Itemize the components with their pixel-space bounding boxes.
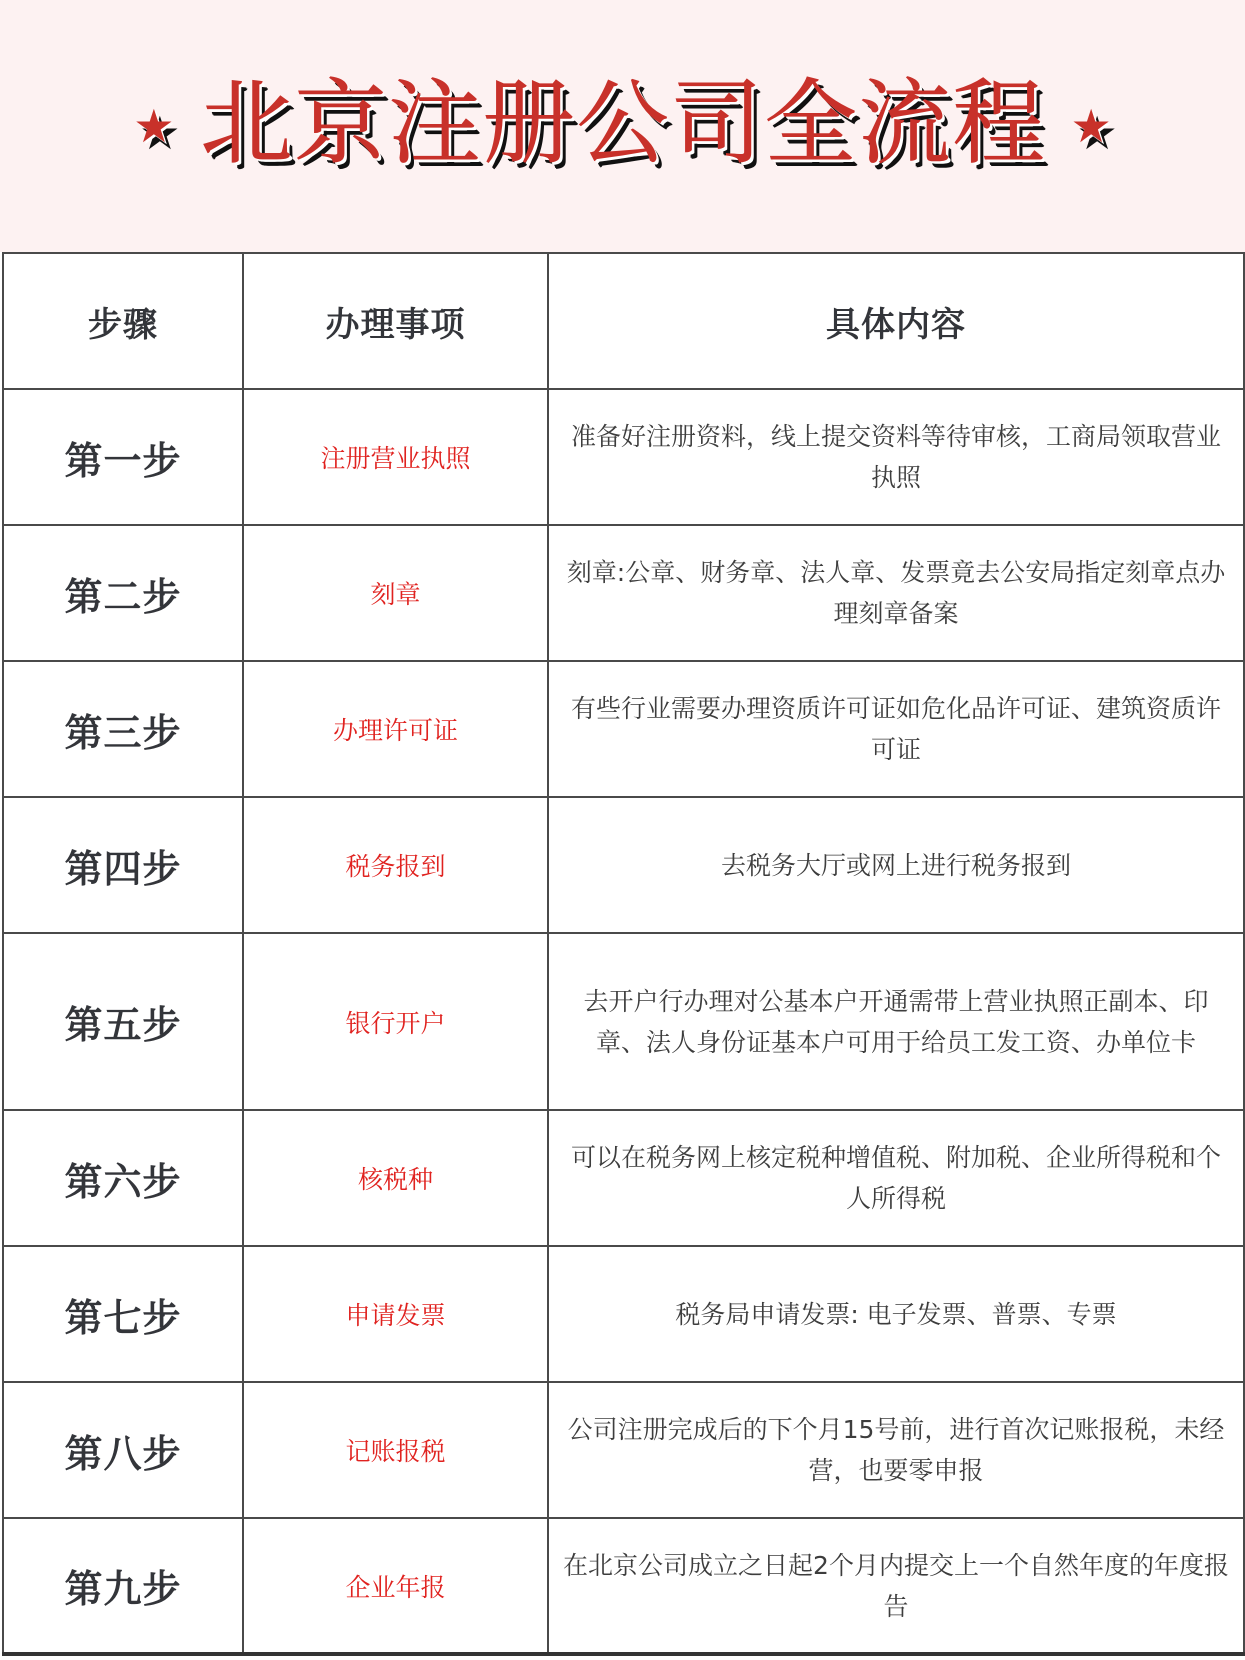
step-desc: 在北京公司成立之日起2个月内提交上一个自然年度的年度报告 bbox=[548, 1518, 1244, 1654]
process-table: 步骤 办理事项 具体内容 第一步 注册营业执照 准备好注册资料，线上提交资料等待… bbox=[2, 252, 1245, 1656]
step-label: 第二步 bbox=[3, 525, 243, 661]
table-row: 第三步 办理许可证 有些行业需要办理资质许可证如危化品许可证、建筑资质许可证 bbox=[3, 661, 1244, 797]
step-item: 核税种 bbox=[243, 1110, 548, 1246]
header-step: 步骤 bbox=[3, 253, 243, 389]
step-item: 申请发票 bbox=[243, 1246, 548, 1382]
star-icon: ★ bbox=[1071, 103, 1112, 149]
step-label: 第八步 bbox=[3, 1382, 243, 1518]
step-item: 企业年报 bbox=[243, 1518, 548, 1654]
step-desc: 公司注册完成后的下个月15号前，进行首次记账报税，未经营，也要零申报 bbox=[548, 1382, 1244, 1518]
table-header-row: 步骤 办理事项 具体内容 bbox=[3, 253, 1244, 389]
table-row: 第五步 银行开户 去开户行办理对公基本户开通需带上营业执照正副本、印章、法人身份… bbox=[3, 933, 1244, 1110]
table-row: 第六步 核税种 可以在税务网上核定税种增值税、附加税、企业所得税和个人所得税 bbox=[3, 1110, 1244, 1246]
table-row: 第七步 申请发票 税务局申请发票: 电子发票、普票、专票 bbox=[3, 1246, 1244, 1382]
step-item: 刻章 bbox=[243, 525, 548, 661]
step-desc: 准备好注册资料，线上提交资料等待审核，工商局领取营业执照 bbox=[548, 389, 1244, 525]
step-label: 第七步 bbox=[3, 1246, 243, 1382]
step-desc: 去税务大厅或网上进行税务报到 bbox=[548, 797, 1244, 933]
step-item: 银行开户 bbox=[243, 933, 548, 1110]
step-label: 第六步 bbox=[3, 1110, 243, 1246]
step-desc: 有些行业需要办理资质许可证如危化品许可证、建筑资质许可证 bbox=[548, 661, 1244, 797]
step-label: 第五步 bbox=[3, 933, 243, 1110]
header-desc: 具体内容 bbox=[548, 253, 1244, 389]
star-icon: ★ bbox=[133, 103, 174, 149]
step-desc: 税务局申请发票: 电子发票、普票、专票 bbox=[548, 1246, 1244, 1382]
page-title: 北京注册公司全流程 bbox=[200, 78, 1046, 170]
step-label: 第一步 bbox=[3, 389, 243, 525]
step-label: 第四步 bbox=[3, 797, 243, 933]
step-item: 记账报税 bbox=[243, 1382, 548, 1518]
step-item: 办理许可证 bbox=[243, 661, 548, 797]
table-row: 第二步 刻章 刻章:公章、财务章、法人章、发票竟去公安局指定刻章点办理刻章备案 bbox=[3, 525, 1244, 661]
table-row: 第一步 注册营业执照 准备好注册资料，线上提交资料等待审核，工商局领取营业执照 bbox=[3, 389, 1244, 525]
step-desc: 刻章:公章、财务章、法人章、发票竟去公安局指定刻章点办理刻章备案 bbox=[548, 525, 1244, 661]
table-row: 第八步 记账报税 公司注册完成后的下个月15号前，进行首次记账报税，未经营，也要… bbox=[3, 1382, 1244, 1518]
table-row: 第九步 企业年报 在北京公司成立之日起2个月内提交上一个自然年度的年度报告 bbox=[3, 1518, 1244, 1654]
step-label: 第九步 bbox=[3, 1518, 243, 1654]
step-item: 税务报到 bbox=[243, 797, 548, 933]
step-desc: 去开户行办理对公基本户开通需带上营业执照正副本、印章、法人身份证基本户可用于给员… bbox=[548, 933, 1244, 1110]
step-label: 第三步 bbox=[3, 661, 243, 797]
header-item: 办理事项 bbox=[243, 253, 548, 389]
title-group: ★ 北京注册公司全流程 ★ bbox=[133, 78, 1112, 170]
table-row: 第四步 税务报到 去税务大厅或网上进行税务报到 bbox=[3, 797, 1244, 933]
step-item: 注册营业执照 bbox=[243, 389, 548, 525]
step-desc: 可以在税务网上核定税种增值税、附加税、企业所得税和个人所得税 bbox=[548, 1110, 1244, 1246]
title-banner: ★ 北京注册公司全流程 ★ bbox=[0, 0, 1245, 252]
